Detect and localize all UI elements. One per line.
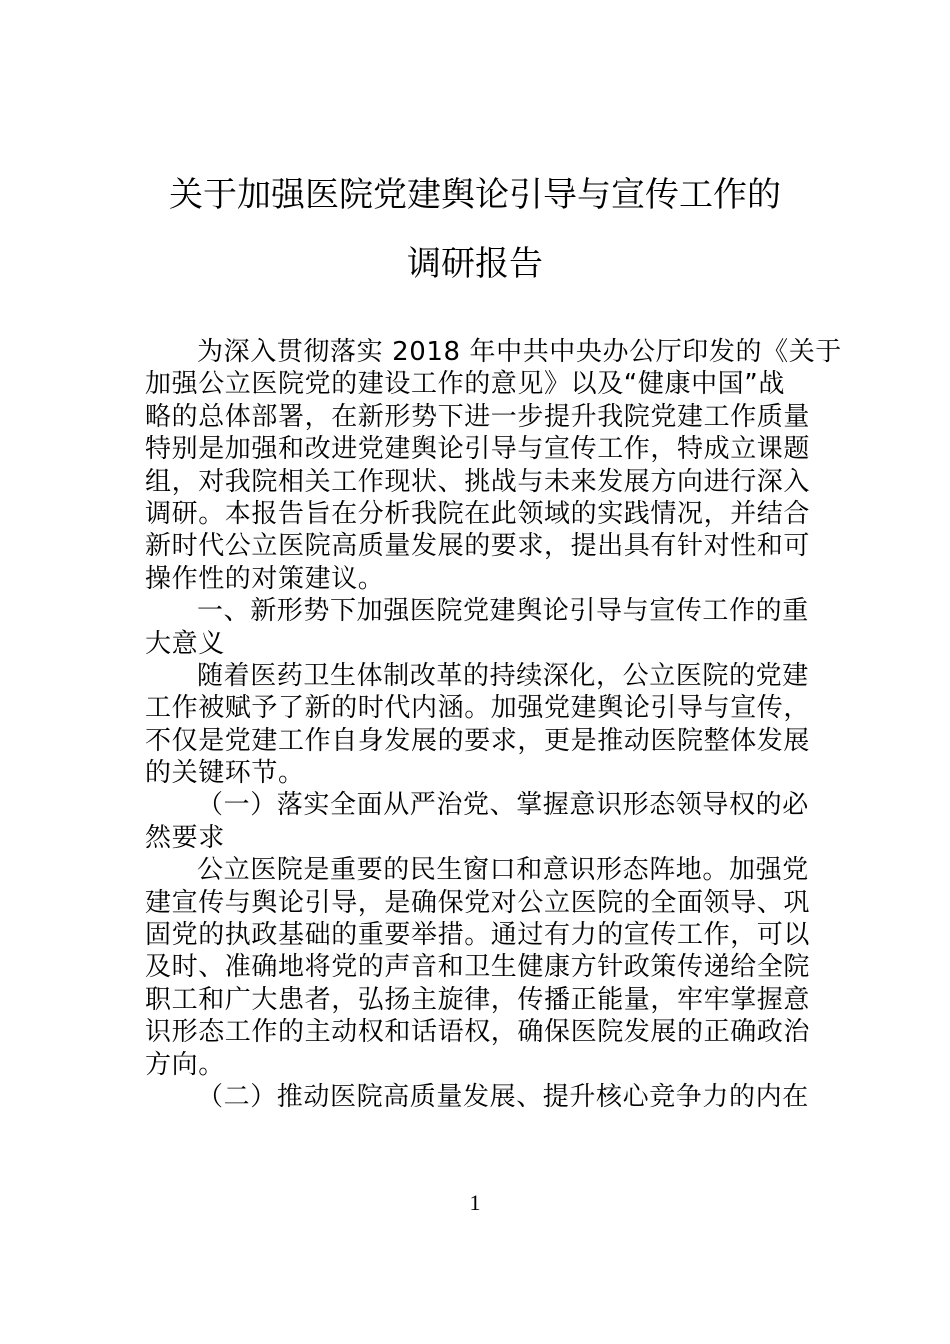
subsection-heading-1: （一）落实全面从严治党、掌握意识形态领导权的必 然要求 <box>145 789 807 854</box>
text-line: 职工和广大患者，弘扬主旋律，传播正能量，牢牢掌握意 <box>145 984 807 1016</box>
text-line: 公立医院是重要的民生窗口和意识形态阵地。加强党 <box>145 854 807 886</box>
heading-line: （一）落实全面从严治党、掌握意识形态领导权的必 <box>145 789 807 821</box>
text-line: 识形态工作的主动权和话语权，确保医院发展的正确政治 <box>145 1016 807 1048</box>
heading-line: 然要求 <box>145 822 807 854</box>
text-line: 操作性的对策建议。 <box>145 563 807 595</box>
text-line: 为深入贯彻落实 2018 年中共中央办公厅印发的《关于 <box>145 336 807 368</box>
body-paragraph: 公立医院是重要的民生窗口和意识形态阵地。加强党 建宣传与舆论引导，是确保党对公立… <box>145 854 807 1081</box>
subsection-heading-2: （二）推动医院高质量发展、提升核心竞争力的内在 <box>145 1081 807 1113</box>
body-paragraph: 随着医药卫生体制改革的持续深化，公立医院的党建 工作被赋予了新的时代内涵。加强党… <box>145 660 807 790</box>
document-title-line-2: 调研报告 <box>0 244 950 284</box>
text-line: 加强公立医院党的建设工作的意见》以及“健康中国”战 <box>145 368 807 400</box>
section-heading-1: 一、新形势下加强医院党建舆论引导与宣传工作的重 大意义 <box>145 595 807 660</box>
text-line: 新时代公立医院高质量发展的要求，提出具有针对性和可 <box>145 530 807 562</box>
text-line: 略的总体部署，在新形势下进一步提升我院党建工作质量 <box>145 401 807 433</box>
document-page: 关于加强医院党建舆论引导与宣传工作的 调研报告 为深入贯彻落实 2018 年中共… <box>0 0 950 1344</box>
text-line: 固党的执政基础的重要举措。通过有力的宣传工作，可以 <box>145 919 807 951</box>
text-line: 方向。 <box>145 1049 807 1081</box>
heading-line: （二）推动医院高质量发展、提升核心竞争力的内在 <box>145 1081 807 1113</box>
text-line: 组，对我院相关工作现状、挑战与未来发展方向进行深入 <box>145 466 807 498</box>
text-line: 的关键环节。 <box>145 757 807 789</box>
text-line: 不仅是党建工作自身发展的要求，更是推动医院整体发展 <box>145 725 807 757</box>
text-line: 工作被赋予了新的时代内涵。加强党建舆论引导与宣传， <box>145 692 807 724</box>
text-line: 随着医药卫生体制改革的持续深化，公立医院的党建 <box>145 660 807 692</box>
text-line: 特别是加强和改进党建舆论引导与宣传工作，特成立课题 <box>145 433 807 465</box>
heading-line: 大意义 <box>145 628 807 660</box>
text-line: 建宣传与舆论引导，是确保党对公立医院的全面领导、巩 <box>145 887 807 919</box>
intro-paragraph: 为深入贯彻落实 2018 年中共中央办公厅印发的《关于 加强公立医院党的建设工作… <box>145 336 807 595</box>
document-title-line-1: 关于加强医院党建舆论引导与宣传工作的 <box>0 175 950 215</box>
text-line: 及时、准确地将党的声音和卫生健康方针政策传递给全院 <box>145 951 807 983</box>
text-line: 调研。本报告旨在分析我院在此领域的实践情况，并结合 <box>145 498 807 530</box>
heading-line: 一、新形势下加强医院党建舆论引导与宣传工作的重 <box>145 595 807 627</box>
document-body: 为深入贯彻落实 2018 年中共中央办公厅印发的《关于 加强公立医院党的建设工作… <box>145 336 807 1113</box>
page-number: 1 <box>0 1190 950 1216</box>
